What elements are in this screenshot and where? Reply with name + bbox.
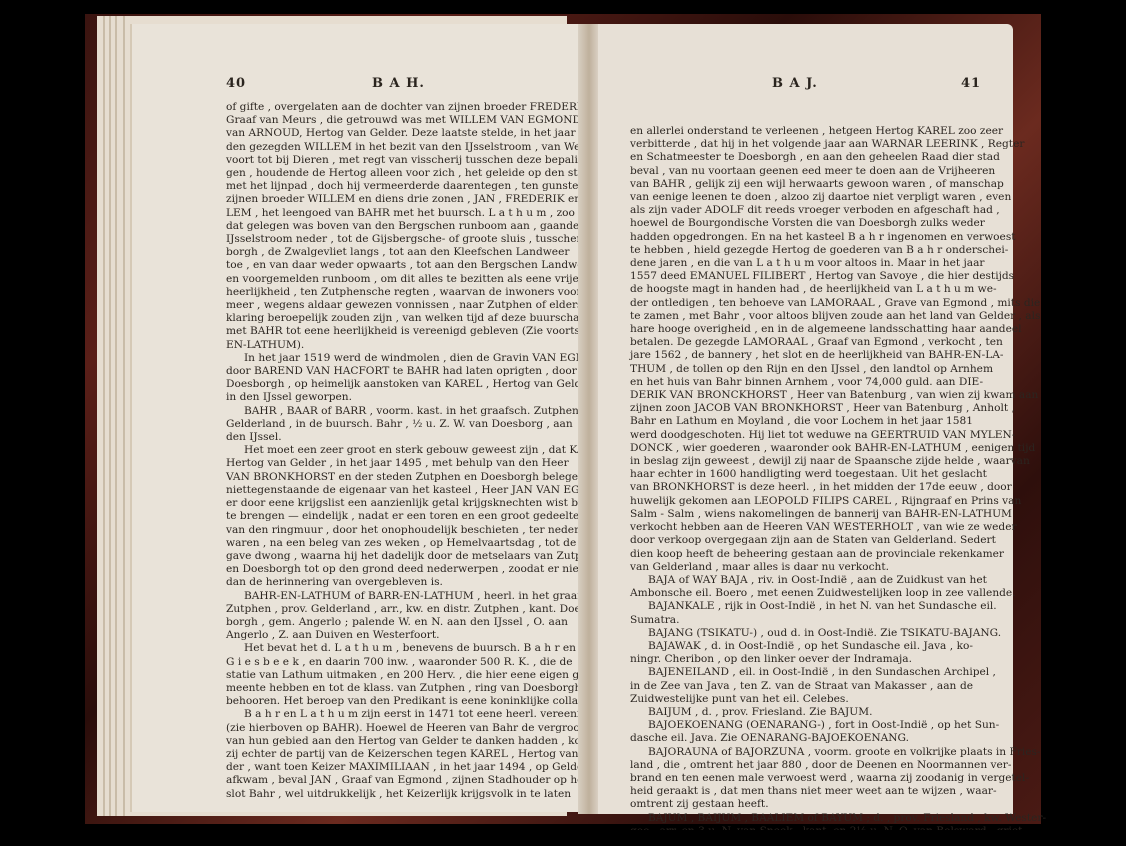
text-line: EN-LATHUM).	[226, 339, 568, 352]
background-strip	[0, 830, 1126, 846]
running-head: B A J.	[772, 76, 818, 91]
page-number: 40	[226, 76, 246, 91]
text-line: meer , wegens aldaar gewezen vonnissen ,…	[226, 299, 568, 312]
text-line: door verkoop overgegaan zijn aan de Stat…	[630, 534, 973, 547]
text-line: en het huis van Bahr binnen Arnhem , voo…	[630, 376, 973, 389]
text-line: BAHR-EN-LATHUM of BARR-EN-LATHUM , heerl…	[226, 590, 568, 603]
text-line: slot Bahr , wel uitdrukkelijk , het Keiz…	[226, 788, 568, 801]
text-line: te zamen , met Bahr , voor altoos blijve…	[630, 310, 973, 323]
text-line: BAJOEKOENANG (OENARANG-) , fort in Oost-…	[630, 719, 973, 732]
text-line: THUM , de tollen op den Rijn en den IJss…	[630, 363, 973, 376]
text-line: BAIJUM , d. , prov. Friesland. Zie BAJUM…	[630, 706, 973, 719]
text-line: te hebben , hield gezegde Hertog de goed…	[630, 244, 973, 257]
page-text: of gifte , overgelaten aan de dochter va…	[226, 101, 568, 801]
text-line: zijnen broeder WILLEM en diens drie zone…	[226, 193, 568, 206]
text-line: dan de herinnering van overgebleven is.	[226, 576, 568, 589]
text-line: Doesborgh , op heimelijk aanstoken van K…	[226, 378, 568, 391]
text-line: BAJORAUNA of BAJORZUNA , voorm. groote e…	[630, 746, 973, 759]
text-line: of gifte , overgelaten aan de dochter va…	[226, 101, 568, 114]
text-line: in de Zee van Java , ten Z. van de Straa…	[630, 680, 973, 693]
text-line: dat gelegen was boven van den Bergschen …	[226, 220, 568, 233]
text-line: beval , van nu voortaan geenen eed meer …	[630, 165, 973, 178]
text-line: door BAREND VAN HACFORT te BAHR had late…	[226, 365, 568, 378]
text-line: dasche eil. Java. Zie OENARANG-BAJOEKOEN…	[630, 732, 973, 745]
text-line: dien koop heeft de beheering gestaan aan…	[630, 548, 973, 561]
text-line: Bahr en Lathum en Moyland , die voor Loc…	[630, 415, 973, 428]
text-line: in beslag zijn geweest , dewijl zij naar…	[630, 455, 973, 468]
text-line: waren , na een beleg van zes weken , op …	[226, 537, 568, 550]
text-line: der ontledigen , ten behoeve van LAMORAA…	[630, 297, 973, 310]
text-line: de hoogste magt in handen had , de heerl…	[630, 283, 973, 296]
text-line: der , want toen Keizer MAXIMILIAAN , in …	[226, 761, 568, 774]
text-line: gen , houdende de Hertog alleen voor zic…	[226, 167, 568, 180]
text-line: G i e s b e e k , en daarin 700 inw. , w…	[226, 656, 568, 669]
text-line: toe , en van daar weder opwaarts , tot a…	[226, 259, 568, 272]
text-line: 1557 deed EMANUEL FILIBERT , Hertog van …	[630, 270, 973, 283]
text-line: van den ringmuur , door het onophoudelij…	[226, 524, 568, 537]
text-line: BAHR , BAAR of BARR , voorm. kast. in he…	[226, 405, 568, 418]
text-line: Hertog van Gelder , in het jaar 1495 , m…	[226, 457, 568, 470]
page-number: 41	[961, 76, 981, 91]
text-line: Sumatra.	[630, 614, 973, 627]
text-line: Het bevat het d. L a t h u m , benevens …	[226, 642, 568, 655]
text-line: borgh , de Zwalgevliet langs , tot aan d…	[226, 246, 568, 259]
page-text: en allerlei onderstand te verleenen , he…	[630, 125, 973, 838]
page-edge	[115, 16, 117, 816]
text-line: hoewel de Bourgondische Vorsten die van …	[630, 217, 973, 230]
text-line: meente hebben en tot de klass. van Zutph…	[226, 682, 568, 695]
text-line: In het jaar 1519 werd de windmolen , die…	[226, 352, 568, 365]
text-line: Zutphen , prov. Gelderland , arr., kw. e…	[226, 603, 568, 616]
text-line: BAJANKALE , rijk in Oost-Indië , in het …	[630, 600, 973, 613]
text-line: en Schatmeester te Doesborgh , en aan de…	[630, 151, 973, 164]
text-line: BAJUM , BAIJUM , BAALIEM of BAYUM ; d. ,…	[630, 812, 973, 825]
text-line: gave dwong , waarna hij het dadelijk doo…	[226, 550, 568, 563]
text-line: haar echter in 1600 handligting werd toe…	[630, 468, 973, 481]
book-gutter	[578, 24, 598, 814]
text-line: (zie hierboven op BAHR). Hoewel de Heere…	[226, 722, 568, 735]
text-line: BAJAWAK , d. in Oost-Indië , op het Sund…	[630, 640, 973, 653]
text-line: statie van Lathum uitmaken , en 200 Herv…	[226, 669, 568, 682]
text-line: van BRONKHORST is deze heerl. , in het m…	[630, 481, 973, 494]
text-line: BAJANG (TSIKATU-) , oud d. in Oost-Indië…	[630, 627, 973, 640]
text-line: Ambonsche eil. Boero , met eenen Zuidwes…	[630, 587, 973, 600]
text-line: hare hooge overigheid , en in de algemee…	[630, 323, 973, 336]
text-line: omtrent zij gestaan heeft.	[630, 798, 973, 811]
text-line: DONCK , wier goederen , waaronder ook BA…	[630, 442, 973, 455]
text-line: land , die , omtrent het jaar 880 , door…	[630, 759, 973, 772]
text-line: als zijn vader ADOLF dit reeds vroeger v…	[630, 204, 973, 217]
text-line: Zuidwestelijke punt van het eil. Celebes…	[630, 693, 973, 706]
text-line: werd doodgeschoten. Hij liet tot weduwe …	[630, 429, 973, 442]
text-line: voort tot bij Dieren , met regt van viss…	[226, 154, 568, 167]
text-line: van hun gebied aan den Hertog van Gelder…	[226, 735, 568, 748]
text-line: verkocht hebben aan de Heeren VAN WESTER…	[630, 521, 973, 534]
text-line: met BAHR tot eene heerlijkheid is vereen…	[226, 325, 568, 338]
text-line: heerlijkheid , ten Zutphensche regten , …	[226, 286, 568, 299]
text-line: en voorgemelden runboom , om dit alles t…	[226, 273, 568, 286]
text-line: zij echter de partij van de Keizerschen …	[226, 748, 568, 761]
text-line: borgh , gem. Angerlo ; palende W. en N. …	[226, 616, 568, 629]
text-line: dene jaren , en die van L a t h u m voor…	[630, 257, 973, 270]
text-line: van eenige leenen te doen , alzoo zij da…	[630, 191, 973, 204]
text-line: er door eene krijgslist een aanzienlijk …	[226, 497, 568, 510]
left-page: 40 B A H. of gifte , overgelaten aan de …	[130, 24, 580, 812]
text-line: DERIK VAN BRONCKHORST , Heer van Batenbu…	[630, 389, 973, 402]
page-edge	[123, 16, 125, 816]
right-page: B A J. 41 en allerlei onderstand te verl…	[598, 24, 1013, 814]
running-head: B A H.	[372, 76, 425, 91]
text-line: in den IJssel geworpen.	[226, 391, 568, 404]
text-line: heid geraakt is , dat men thans niet mee…	[630, 785, 973, 798]
text-line: den IJssel.	[226, 431, 568, 444]
text-line: en allerlei onderstand te verleenen , he…	[630, 125, 973, 138]
text-line: den gezegden WILLEM in het bezit van den…	[226, 141, 568, 154]
text-line: BAJENEILAND , eil. in Oost-Indië , in de…	[630, 666, 973, 679]
text-line: B a h r en L a t h u m zijn eerst in 147…	[226, 708, 568, 721]
text-line: LEM , het leengoed van BAHR met het buur…	[226, 207, 568, 220]
text-line: BAJA of WAY BAJA , riv. in Oost-Indië , …	[630, 574, 973, 587]
text-line: zijnen zoon JACOB VAN BRONKHORST , Heer …	[630, 402, 973, 415]
text-line: klaring beroepelijk zouden zijn , van we…	[226, 312, 568, 325]
text-line: te brengen — eindelijk , nadat er een to…	[226, 510, 568, 523]
text-line: Angerlo , Z. aan Duiven en Westerfoort.	[226, 629, 568, 642]
text-line: en Doesborgh tot op den grond deed neder…	[226, 563, 568, 576]
text-line: huwelijk gekomen aan LEOPOLD FILIPS CARE…	[630, 495, 973, 508]
text-line: IJsselstroom neder , tot de Gijsbergsche…	[226, 233, 568, 246]
text-line: betalen. De gezegde LAMORAAL , Graaf van…	[630, 336, 973, 349]
text-line: ningr. Cheribon , op den linker oever de…	[630, 653, 973, 666]
text-line: jare 1562 , de bannery , het slot en de …	[630, 349, 973, 362]
text-line: verbitterde , dat hij in het volgende ja…	[630, 138, 973, 151]
text-line: met het lijnpad , doch hij vermeerderde …	[226, 180, 568, 193]
text-line: hadden opgedrongen. En na het kasteel B …	[630, 231, 973, 244]
text-line: Graaf van Meurs , die getrouwd was met W…	[226, 114, 568, 127]
text-line: van BAHR , gelijk zij een wijl herwaarts…	[630, 178, 973, 191]
page-edge	[109, 16, 111, 816]
text-line: niettegenstaande de eigenaar van het kas…	[226, 484, 568, 497]
text-line: van ARNOUD, Hertog van Gelder. Deze laat…	[226, 127, 568, 140]
text-line: afkwam , beval JAN , Graaf van Egmond , …	[226, 774, 568, 787]
text-line: behooren. Het beroep van den Predikant i…	[226, 695, 568, 708]
text-line: van Gelderland , maar alles is daar nu v…	[630, 561, 973, 574]
text-line: Het moet een zeer groot en sterk gebouw …	[226, 444, 568, 457]
text-line: Salm - Salm , wiens nakomelingen de bann…	[630, 508, 973, 521]
text-line: brand en ten eenen male verwoest werd , …	[630, 772, 973, 785]
text-line: Gelderland , in de buursch. Bahr , ½ u. …	[226, 418, 568, 431]
page-edge	[103, 16, 105, 816]
text-line: VAN BRONKHORST en der steden Zutphen en …	[226, 471, 568, 484]
